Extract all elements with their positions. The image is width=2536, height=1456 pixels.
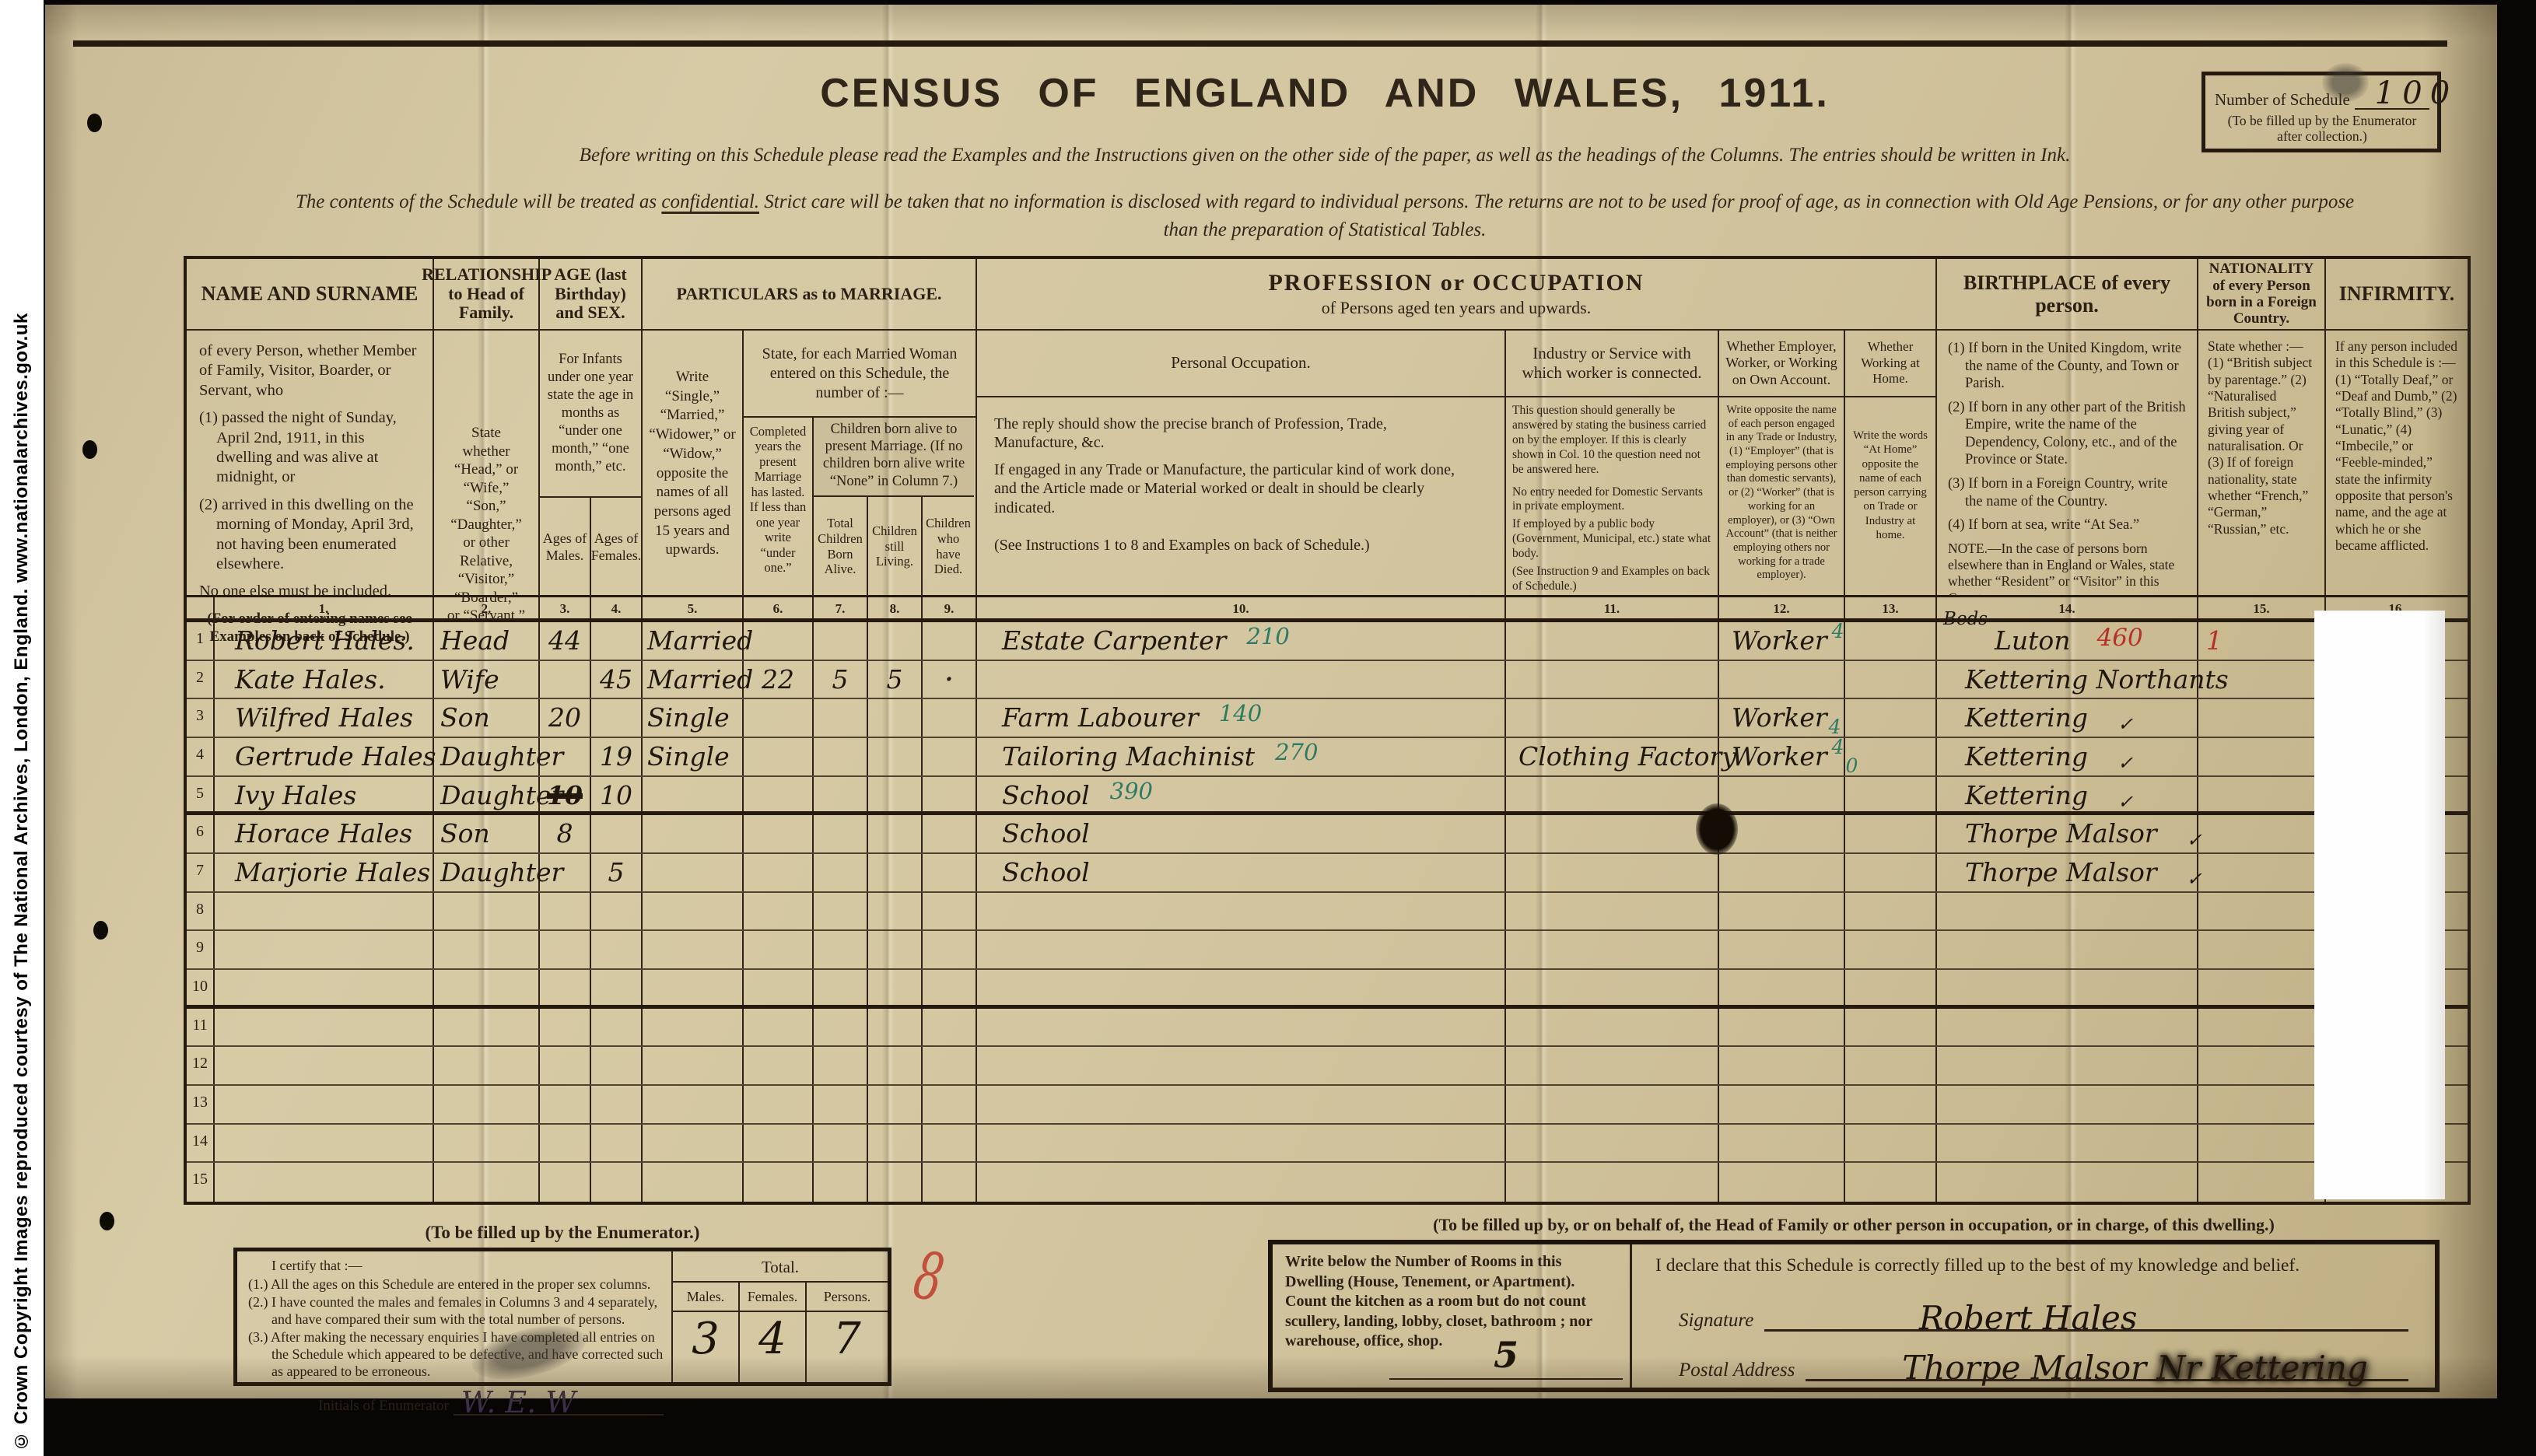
cell-rel: Son [434, 699, 540, 737]
handwritten-entry: Luton [1995, 625, 2071, 657]
cell-marr [643, 893, 744, 930]
cell-died [923, 815, 977, 852]
cell-born [814, 738, 868, 775]
handwritten-entry: 4 [1832, 615, 1844, 648]
cell-living [868, 699, 923, 737]
cell-agem: 44 [540, 622, 591, 660]
cell-living [868, 854, 923, 891]
enumerator-section-title: (To be filled up by the Enumerator.) [233, 1223, 891, 1243]
cell-years [744, 1086, 814, 1123]
cell-born [814, 1125, 868, 1162]
row-number: 13 [187, 1086, 215, 1123]
punch-hole [87, 114, 102, 132]
persons-label: Persons. [807, 1283, 888, 1312]
cell-birth: Kettering✓ [1937, 777, 2198, 812]
cell-born [814, 931, 868, 968]
cell-ind [1506, 1009, 1719, 1046]
cell-birth [1937, 931, 2198, 968]
cell-home [1845, 777, 1937, 812]
cell-living [868, 931, 923, 968]
column-age: AGE (last Birthday) and SEX. For Infants… [540, 259, 643, 595]
handwritten-entry: 22 [762, 663, 794, 696]
column-age-title: AGE (last Birthday) and SEX. [540, 259, 641, 331]
cell-birth: Kettering✓ [1937, 738, 2198, 775]
birthplace-title: BIRTHPLACE of every person. [1937, 259, 2197, 331]
cell-agem [540, 893, 591, 930]
handwritten-entry: Tailoring Machinist [1002, 740, 1255, 773]
column-relationship-desc: State whether “Head,” or “Wife,” “Son,” … [434, 331, 538, 625]
rooms-line: 5 [1389, 1332, 1623, 1380]
cell-nat [2198, 777, 2326, 812]
handwritten-entry: Kettering [1965, 702, 2088, 734]
cell-born [814, 1047, 868, 1084]
cell-living [868, 893, 923, 930]
cell-marr [643, 970, 744, 1005]
cell-name [215, 1047, 434, 1084]
children-died-header: Children who have Died. [923, 497, 974, 596]
industry-desc-p1: This question should generally be answer… [1512, 404, 1711, 478]
cell-name [215, 893, 434, 930]
cell-home [1845, 970, 1937, 1005]
infirmity-desc: If any person included in this Schedule … [2326, 331, 2468, 597]
cell-emp [1719, 1086, 1845, 1123]
cell-died [923, 854, 977, 891]
cell-occ [977, 1047, 1506, 1084]
cell-born [814, 699, 868, 737]
cell-died [923, 622, 977, 660]
cell-living [868, 970, 923, 1005]
cell-occ [977, 661, 1506, 698]
column-industry: Industry or Service with which worker is… [1506, 331, 1719, 597]
handwritten-entry: Marjorie Hales [235, 856, 430, 889]
column-number: 13. [1845, 597, 1937, 618]
marriage-children-header: Children born alive to present Marriage.… [814, 418, 974, 497]
cell-years [744, 970, 814, 1005]
cell-rel [434, 893, 540, 930]
table-row: 7Marjorie HalesDaughter5SchoolThorpe Mal… [187, 854, 2468, 893]
cell-name: Gertrude Hales [215, 738, 434, 775]
handwritten-entry: 5 [832, 663, 849, 696]
cell-occ [977, 1009, 1506, 1046]
cell-name: Horace Hales [215, 815, 434, 852]
schedule-number-line: 100 [2355, 83, 2429, 110]
cell-nat [2198, 893, 2326, 930]
cell-rel: Daughter [434, 777, 540, 812]
cell-born [814, 777, 868, 812]
column-relationship: RELATIONSHIP to Head of Family. State wh… [434, 259, 540, 595]
census-table: NAME AND SURNAME of every Person, whethe… [184, 256, 2471, 1205]
householder-box: Write below the Number of Rooms in this … [1268, 1240, 2440, 1392]
cell-emp: Worker4 [1719, 699, 1845, 737]
cell-died [923, 931, 977, 968]
cell-marr: Married [643, 622, 744, 660]
cell-born [814, 1163, 868, 1202]
cell-marr [643, 931, 744, 968]
instruction-line-2: The contents of the Schedule will be tre… [138, 191, 2511, 213]
cell-living [868, 622, 923, 660]
cell-nat [2198, 1086, 2326, 1123]
cell-emp [1719, 854, 1845, 891]
cell-agef [591, 1163, 643, 1202]
column-working-at-home: Whether Working at Home. Write the words… [1845, 331, 1935, 597]
declaration-text: I declare that this Schedule is correctl… [1655, 1255, 2416, 1276]
table-row: 10 [187, 970, 2468, 1009]
column-number: 6. [744, 597, 814, 618]
handwritten-entry: 45 [600, 663, 632, 696]
postal-address-part1: Thorpe Malsor [1902, 1349, 2156, 1387]
cell-birth [1937, 970, 2198, 1005]
cell-birth [1937, 1086, 2198, 1123]
cell-born [814, 815, 868, 852]
table-row: 3Wilfred HalesSon20SingleFarm Labourer14… [187, 699, 2468, 738]
cell-agef [591, 1009, 643, 1046]
cell-nat [2198, 1047, 2326, 1084]
cell-ind [1506, 815, 1719, 852]
table-row: 5Ivy HalesDaughter1010School390Kettering… [187, 777, 2468, 816]
cell-occ: School [977, 854, 1506, 891]
cell-emp [1719, 970, 1845, 1005]
enumerator-certification: I certify that :— (1.) All the ages on t… [237, 1251, 673, 1382]
cell-agef: 10 [591, 777, 643, 812]
cell-marr: Married [643, 661, 744, 698]
certify-item-2: (2.) I have counted the males and female… [248, 1294, 664, 1328]
cell-rel: Head [434, 622, 540, 660]
cell-years [744, 931, 814, 968]
column-number: 10. [977, 597, 1506, 618]
handwritten-entry: Married [647, 625, 753, 657]
cell-died [923, 777, 977, 812]
cell-agem [540, 661, 591, 698]
cell-agef: 19 [591, 738, 643, 775]
handwritten-entry: Single [647, 740, 730, 773]
row-number: 4 [187, 738, 215, 775]
cell-home [1845, 1163, 1937, 1202]
table-row: 4Gertrude HalesDaughter19SingleTailoring… [187, 738, 2468, 777]
cell-birth [1937, 1125, 2198, 1162]
cell-emp [1719, 1125, 1845, 1162]
cell-rel [434, 931, 540, 968]
cell-nat [2198, 970, 2326, 1005]
initials-value: W. E. W [461, 1385, 576, 1421]
cell-agef [591, 699, 643, 737]
handwritten-entry: Head [440, 625, 510, 657]
cell-died [923, 893, 977, 930]
cell-agem: 8 [540, 815, 591, 852]
cell-died [923, 1009, 977, 1046]
handwritten-entry: ✓ [2117, 740, 2133, 779]
postal-address-label: Postal Address [1679, 1360, 1795, 1381]
initials-line: W. E. W [454, 1384, 664, 1416]
ink-blot [1696, 803, 1738, 855]
initials-label: Initials of Enumerator [318, 1398, 449, 1416]
handwritten-entry: 270 [1275, 736, 1318, 768]
cell-occ: School [977, 815, 1506, 852]
schedule-number-box: Number of Schedule 100 (To be filled up … [2201, 72, 2441, 152]
cell-years [744, 1047, 814, 1084]
children-born-header: Total Children Born Alive. [814, 497, 868, 596]
females-value: 4 [740, 1312, 805, 1382]
cell-emp [1719, 893, 1845, 930]
cell-years [744, 699, 814, 737]
handwritten-entry: Kettering [1965, 740, 2088, 773]
cell-agef [591, 622, 643, 660]
cell-name: Marjorie Hales [215, 854, 434, 891]
cell-ind [1506, 622, 1719, 660]
cell-marr [643, 1047, 744, 1084]
column-birthplace: BIRTHPLACE of every person. (1) If born … [1937, 259, 2198, 595]
handwritten-entry: Clothing Factory [1518, 740, 1736, 773]
handwritten-entry: Worker [1732, 702, 1827, 734]
cell-rel: Wife [434, 661, 540, 698]
postal-address-value: Thorpe Malsor Nr Kettering [1902, 1349, 2368, 1387]
schedule-number-note: (To be filled up by the Enumerator after… [2215, 113, 2429, 144]
cell-agem [540, 738, 591, 775]
cell-birth [1937, 1163, 2198, 1202]
cell-living [868, 1009, 923, 1046]
total-females: Females. 4 [740, 1283, 807, 1382]
cell-marr [643, 815, 744, 852]
total-persons: Persons. 7 [807, 1283, 888, 1382]
handwritten-entry: Horace Hales [235, 817, 412, 850]
cell-rel [434, 1009, 540, 1046]
cell-home [1845, 931, 1937, 968]
handwritten-entry: Worker [1732, 625, 1827, 657]
cell-years [744, 1163, 814, 1202]
handwritten-entry: 460 [2097, 621, 2143, 654]
column-number: 15. [2198, 597, 2326, 618]
working-at-home-title: Whether Working at Home. [1845, 331, 1935, 397]
cell-died [923, 699, 977, 737]
cell-home [1845, 815, 1937, 852]
cell-agef [591, 1086, 643, 1123]
cell-agem [540, 931, 591, 968]
cell-home [1845, 738, 1937, 775]
working-at-home-desc: Write the words “At Home” opposite the n… [1845, 397, 1935, 596]
cell-rel [434, 1086, 540, 1123]
cell-home [1845, 661, 1937, 698]
handwritten-entry: Gertrude Hales [235, 740, 436, 773]
persons-value: 7 [807, 1312, 888, 1382]
row-number: 6 [187, 815, 215, 852]
industry-title: Industry or Service with which worker is… [1506, 331, 1718, 397]
personal-occupation-title: Personal Occupation. [977, 331, 1504, 397]
cell-years [744, 738, 814, 775]
cell-living [868, 815, 923, 852]
signature-value: Robert Hales [1919, 1299, 2137, 1337]
males-label: Males. [673, 1283, 738, 1312]
females-label: Females. [740, 1283, 805, 1312]
table-body: 1Robert Hales.Head44MarriedEstate Carpen… [187, 622, 2468, 1202]
cell-emp [1719, 661, 1845, 698]
row-number: 8 [187, 893, 215, 930]
signature-line: Robert Hales [1764, 1294, 2408, 1332]
cell-nat [2198, 1009, 2326, 1046]
cell-name [215, 970, 434, 1005]
column-number: 11. [1506, 597, 1719, 618]
handwritten-entry: Son [440, 817, 490, 850]
handwritten-entry: 1 [2206, 625, 2223, 657]
table-row: 11 [187, 1009, 2468, 1048]
signature-label: Signature [1679, 1310, 1753, 1332]
cell-agef [591, 970, 643, 1005]
cell-occ: Farm Labourer140 [977, 699, 1506, 737]
copyright-strip: © Crown Copyright Images reproduced cour… [0, 0, 44, 1456]
cell-agef [591, 1047, 643, 1084]
certify-item-3: (3.) After making the necessary enquirie… [248, 1329, 664, 1380]
cell-home [1845, 854, 1937, 891]
cell-emp [1719, 931, 1845, 968]
cell-years [744, 1125, 814, 1162]
totals-section: Total. Males. 3 Females. 4 Persons. 7 [673, 1251, 888, 1382]
cell-agem [540, 1009, 591, 1046]
cell-born [814, 893, 868, 930]
occupation-desc-p2: If engaged in any Trade or Manufacture, … [994, 460, 1473, 517]
punch-hole [100, 1212, 114, 1230]
handwritten-entry: Single [647, 702, 730, 734]
cell-birth [1937, 1047, 2198, 1084]
cell-agem [540, 970, 591, 1005]
cell-ind [1506, 1086, 1719, 1123]
handwritten-entry: 10 [547, 779, 583, 812]
cell-emp [1719, 815, 1845, 852]
table-row: 13 [187, 1086, 2468, 1125]
cell-born [814, 1009, 868, 1046]
cell-agem: 20 [540, 699, 591, 737]
children-living-header: Children still Living. [868, 497, 923, 596]
handwritten-entry: 44 [548, 625, 581, 657]
cell-marr [643, 1125, 744, 1162]
cell-occ [977, 1086, 1506, 1123]
cell-agef: 45 [591, 661, 643, 698]
column-number: 4. [591, 597, 643, 618]
row-number: 2 [187, 661, 215, 698]
cell-agem [540, 1125, 591, 1162]
cell-occ [977, 970, 1506, 1005]
cell-living [868, 777, 923, 812]
row-number: 12 [187, 1047, 215, 1084]
row-number: 7 [187, 854, 215, 891]
cell-occ: School390 [977, 777, 1506, 812]
handwritten-entry: ✓ [2117, 779, 2133, 818]
handwritten-entry: 5 [887, 663, 903, 696]
profession-group-line1: PROFESSION or OCCUPATION [1268, 270, 1644, 296]
column-number: 12. [1719, 597, 1845, 618]
column-number: 9. [923, 597, 977, 618]
cell-living [868, 1047, 923, 1084]
cell-died [923, 738, 977, 775]
cell-marr [643, 1009, 744, 1046]
cell-died [923, 1047, 977, 1084]
handwritten-entry: School [1002, 817, 1090, 850]
cell-occ [977, 1163, 1506, 1202]
cell-nat [2198, 738, 2326, 775]
handwritten-entry: Estate Carpenter [1002, 625, 1226, 657]
cell-living [868, 1163, 923, 1202]
row-number: 9 [187, 931, 215, 968]
cell-agef [591, 815, 643, 852]
handwritten-entry: Worker [1732, 740, 1827, 773]
column-marriage-group: PARTICULARS as to MARRIAGE. Write “Singl… [643, 259, 977, 595]
column-number: 5. [643, 597, 744, 618]
cell-ind [1506, 931, 1719, 968]
cell-born [814, 622, 868, 660]
cell-died [923, 1086, 977, 1123]
handwritten-entry: 140 [1219, 697, 1262, 730]
handwritten-entry: 4 [1832, 731, 1844, 764]
cell-agem [540, 1086, 591, 1123]
cell-occ [977, 931, 1506, 968]
cell-marr [643, 777, 744, 812]
schedule-number-value: 100 [2375, 75, 2457, 111]
rooms-value: 5 [1494, 1334, 1518, 1376]
cell-name [215, 1086, 434, 1123]
cell-agef [591, 931, 643, 968]
row-number: 11 [187, 1009, 215, 1046]
census-schedule-page: CENSUS OF ENGLAND AND WALES, 1911. Numbe… [45, 5, 2497, 1398]
cell-agef: 5 [591, 854, 643, 891]
cell-years [744, 1009, 814, 1046]
punch-hole [82, 440, 97, 459]
industry-desc: This question should generally be answer… [1506, 397, 1718, 596]
industry-desc-p3: If employed by a public body (Government… [1512, 517, 1711, 562]
handwritten-entry: Son [440, 702, 490, 734]
name-desc-p2: (1) passed the night of Sunday, April 2n… [199, 408, 420, 488]
copyright-text: © Crown Copyright Images reproduced cour… [0, 0, 44, 1456]
cell-agem [540, 854, 591, 891]
cell-home [1845, 893, 1937, 930]
occupation-desc-p1: The reply should show the precise branch… [994, 415, 1473, 453]
cell-nat [2198, 1163, 2326, 1202]
handwritten-entry: Wilfred Hales [235, 702, 413, 734]
marriage-group-title: PARTICULARS as to MARRIAGE. [643, 259, 976, 331]
column-age-desc: For Infants under one year state the age… [540, 331, 641, 498]
cell-emp [1719, 1009, 1845, 1046]
cell-years [744, 622, 814, 660]
cell-birth [1937, 893, 2198, 930]
handwritten-entry: School [1002, 856, 1090, 889]
cell-died [923, 1125, 977, 1162]
cell-marr [643, 854, 744, 891]
cell-nat [2198, 854, 2326, 891]
cell-home [1845, 699, 1937, 737]
instruction-2-post: Strict care will be taken that no inform… [759, 191, 2354, 212]
table-row: 8 [187, 893, 2468, 932]
cell-died: · [923, 661, 977, 698]
cell-living: 5 [868, 661, 923, 698]
handwritten-entry: Thorpe Malsor [1965, 856, 2157, 889]
birthplace-note: NOTE.—In the case of persons born elsewh… [1948, 541, 2186, 597]
column-number: 7. [814, 597, 868, 618]
cell-emp [1719, 1047, 1845, 1084]
column-name-desc: of every Person, whether Member of Famil… [187, 331, 433, 646]
cell-marr: Single [643, 738, 744, 775]
column-infirmity: INFIRMITY. If any person included in thi… [2326, 259, 2468, 595]
handwritten-entry: 8 [557, 817, 573, 850]
column-relationship-title: RELATIONSHIP to Head of Family. [434, 259, 538, 331]
row-number: 10 [187, 970, 215, 1005]
enumerator-box: I certify that :— (1.) All the ages on t… [233, 1248, 891, 1386]
cell-nat [2198, 661, 2326, 698]
cell-emp: Worker40 [1719, 738, 1845, 775]
row-number: 3 [187, 699, 215, 737]
cell-name [215, 1163, 434, 1202]
industry-desc-p4: (See Instruction 9 and Examples on back … [1512, 565, 1711, 594]
handwritten-entry: 390 [1110, 775, 1153, 807]
handwritten-entry: · [944, 663, 955, 696]
cell-home [1845, 1047, 1937, 1084]
handwritten-entry: 5 [608, 856, 625, 889]
column-employer-worker: Whether Employer, Worker, or Working on … [1719, 331, 1845, 597]
